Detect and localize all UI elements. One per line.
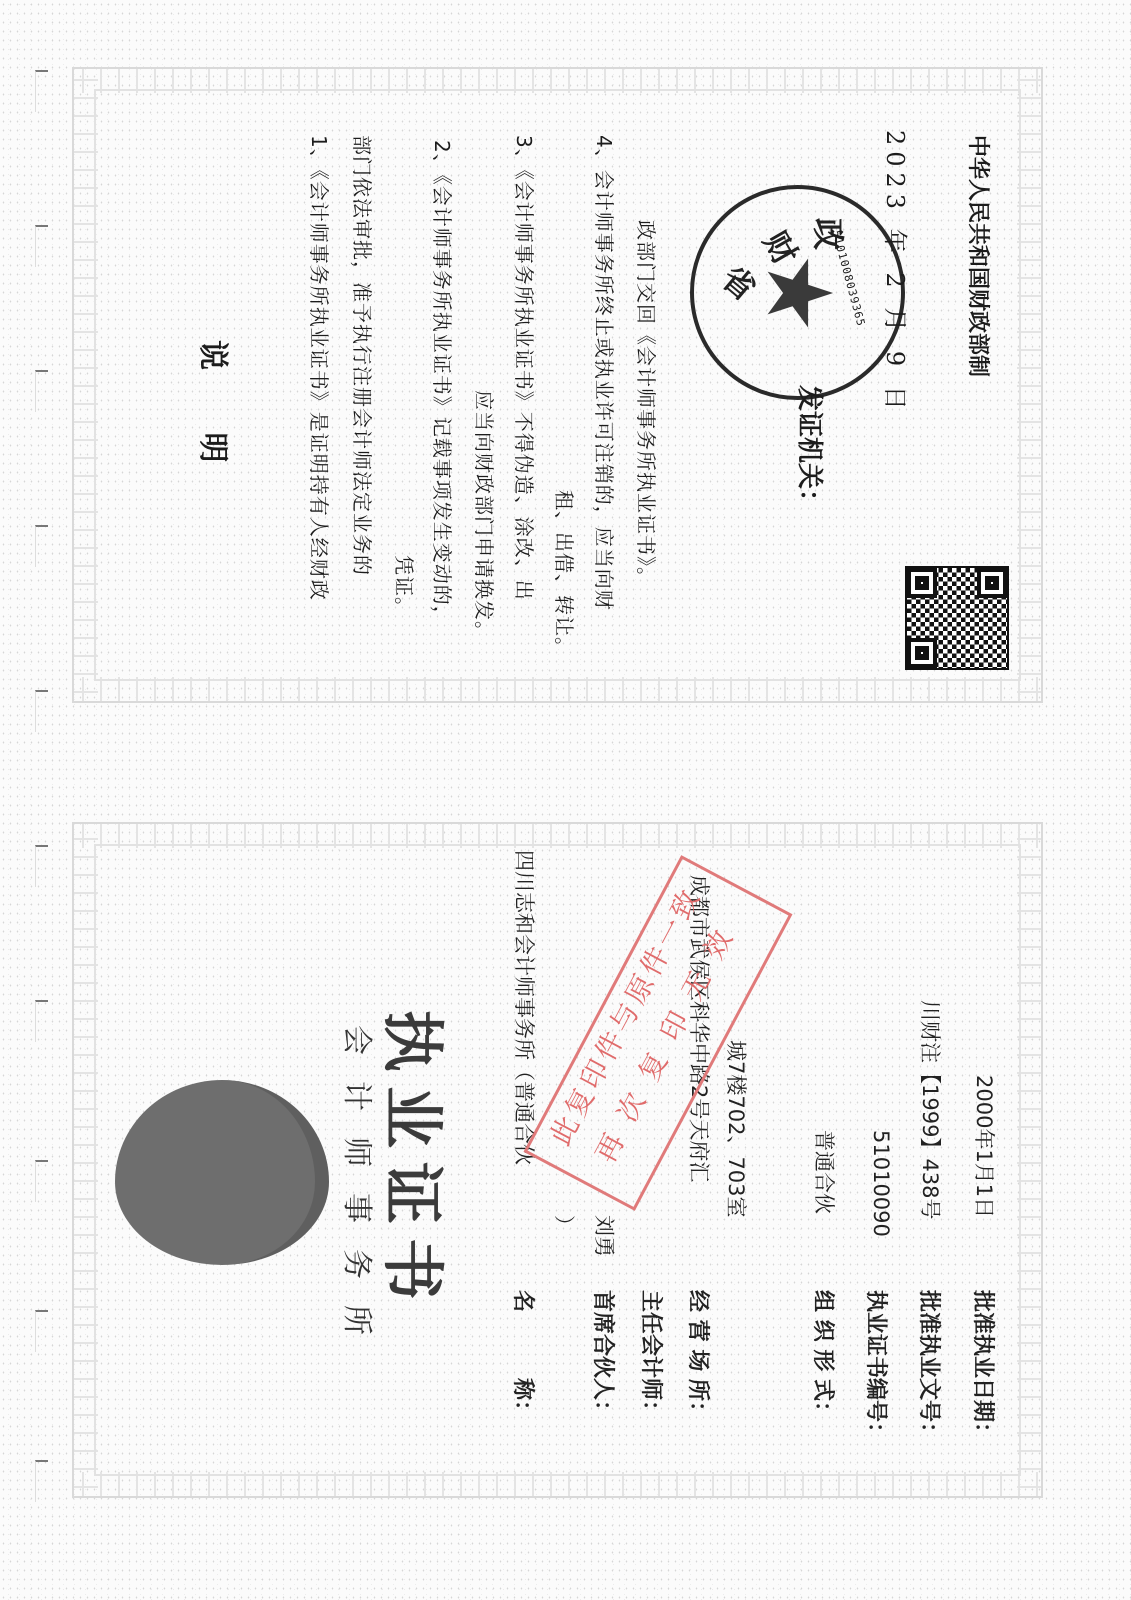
official-seal: ★ 政 财 省 5101008039365 — [690, 185, 905, 400]
field-label-premises: 经 营 场 所： — [684, 1290, 715, 1423]
qr-finder — [907, 638, 937, 668]
instructions-title: 说 明 — [194, 340, 238, 488]
field-label-chief-partner: 首席合伙人： — [589, 1290, 620, 1422]
binder-hole — [35, 1160, 48, 1202]
binder-hole — [35, 70, 48, 112]
instruction-line: 4、会计师事务所终止或执业许可注销的，应当向财 — [591, 135, 620, 611]
certificate-title: 执业证书 — [373, 1010, 462, 1314]
field-value-cert-number: 51010090 — [869, 1130, 893, 1237]
field-label-chief-accountant: 主任会计师： — [637, 1290, 668, 1422]
qr-code-icon — [905, 566, 1009, 670]
binder-hole — [35, 690, 48, 732]
binder-hole — [35, 845, 48, 887]
instruction-line: 政部门交回《会计师事务所执业证书》。 — [633, 220, 662, 588]
maker-text: 中华人民共和国财政部制 — [964, 135, 995, 377]
binder-hole — [35, 370, 48, 412]
field-label-approval-date: 批准执业日期： — [969, 1290, 1000, 1444]
instruction-line: 3、《会计师事务所执业证书》不得伪造、涂改、出 — [511, 135, 540, 601]
instruction-line: 应当向财政部门申请换发。 — [471, 390, 500, 642]
field-value-chief-partner: 刘勇 — [590, 1215, 620, 1257]
binder-hole — [35, 1000, 48, 1042]
binder-hole — [35, 1460, 48, 1502]
qr-finder — [907, 568, 937, 598]
field-value-org-form: 普通合伙 — [810, 1130, 840, 1214]
field-value-premises-cont: 城7楼702、703室 — [722, 1040, 752, 1218]
instruction-line: 2、《会计师事务所执业证书》记载事项发生变动的， — [429, 140, 458, 627]
binder-hole — [35, 1310, 48, 1352]
qr-finder — [977, 568, 1007, 598]
binder-hole — [35, 525, 48, 567]
instruction-line: 凭证。 — [391, 555, 420, 618]
issuer-label: 发证机关： — [793, 385, 830, 515]
field-label-cert-number: 执业证书编号： — [862, 1290, 893, 1444]
field-value-approval-date: 2000年1月1日 — [970, 1075, 1000, 1218]
field-value-name: 四川志和会计师事务所（普通合伙 — [510, 850, 540, 1165]
binder-hole — [35, 225, 48, 267]
field-label-name: 名 称： — [509, 1290, 540, 1422]
instruction-line: 1、《会计师事务所执业证书》是证明持有人经财政 — [306, 135, 335, 601]
instruction-line: 租、出借、转让。 — [551, 490, 580, 658]
field-label-org-form: 组 织 形 式： — [809, 1290, 840, 1423]
field-value-name-cont: ） — [550, 1215, 580, 1236]
field-label-approval-doc: 批准执业文号： — [915, 1290, 946, 1444]
field-value-approval-doc: 川财注【1999】438号 — [916, 1000, 946, 1220]
instruction-line: 部门依法审批，准予执行注册会计师法定业务的 — [349, 135, 378, 576]
issue-date: 2023 年 2 月 9 日 — [880, 130, 915, 416]
